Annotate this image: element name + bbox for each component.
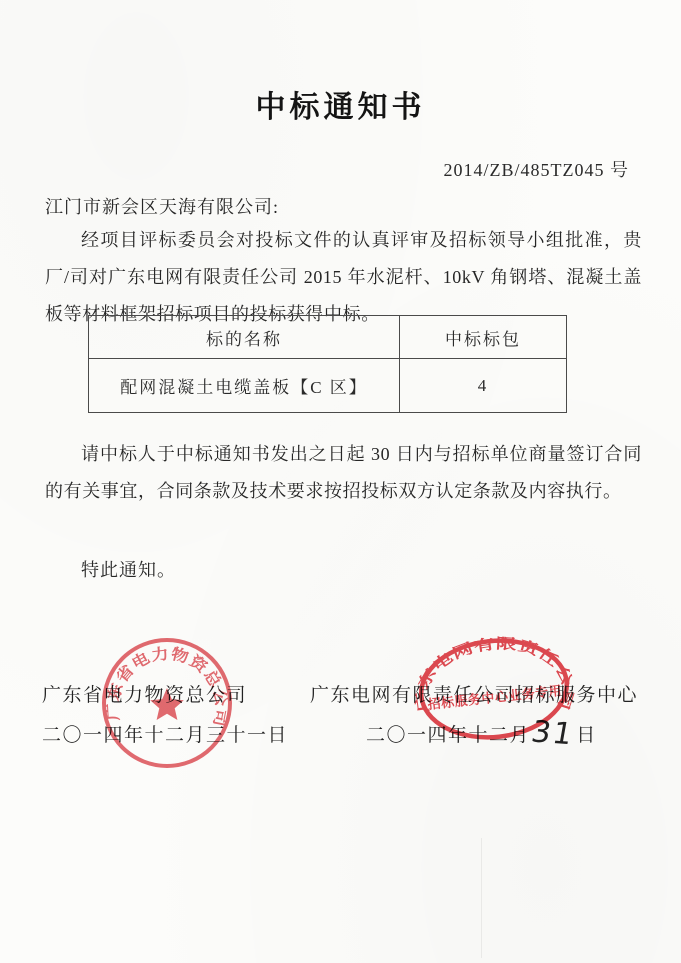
right-date-suffix: 日 xyxy=(576,725,597,746)
right-date-prefix: 二〇一四年十二月 xyxy=(366,725,530,746)
handwritten-day: 31 xyxy=(530,723,575,745)
right-org-name: 广东电网有限责任公司招标服务中心 xyxy=(310,680,638,707)
header-package: 中标标包 xyxy=(400,316,567,359)
left-org-name: 广东省电力物资总公司 xyxy=(42,680,288,707)
contract-instructions-paragraph: 请中标人于中标通知书发出之日起 30 日内与招标单位商量签订合同的有关事宜，合同… xyxy=(45,436,642,510)
scan-crease-artifact xyxy=(481,838,482,958)
signature-block-left: 广东省电力物资总公司 二〇一四年十二月三十一日 xyxy=(42,680,288,747)
signature-block-right: 广东电网有限责任公司招标服务中心 二〇一四年十二月31日 xyxy=(310,680,638,747)
table-row: 配网混凝土电缆盖板【C 区】 4 xyxy=(89,359,567,413)
document-title: 中标通知书 xyxy=(0,82,681,126)
closing-line: 特此通知。 xyxy=(45,556,176,582)
cell-package: 4 xyxy=(400,359,567,413)
left-date: 二〇一四年十二月三十一日 xyxy=(42,720,288,747)
cell-subject-name: 配网混凝土电缆盖板【C 区】 xyxy=(89,359,400,413)
table-header-row: 标的名称 中标标包 xyxy=(89,316,567,359)
right-date: 二〇一四年十二月31日 xyxy=(366,720,638,747)
bid-result-table: 标的名称 中标标包 配网混凝土电缆盖板【C 区】 4 xyxy=(88,315,567,413)
scanned-document-page: 中标通知书 2014/ZB/485TZ045 号 江门市新会区天海有限公司: 经… xyxy=(0,0,681,963)
addressee-line: 江门市新会区天海有限公司: xyxy=(45,193,279,219)
header-subject-name: 标的名称 xyxy=(89,316,400,359)
reference-number: 2014/ZB/485TZ045 号 xyxy=(444,156,630,182)
